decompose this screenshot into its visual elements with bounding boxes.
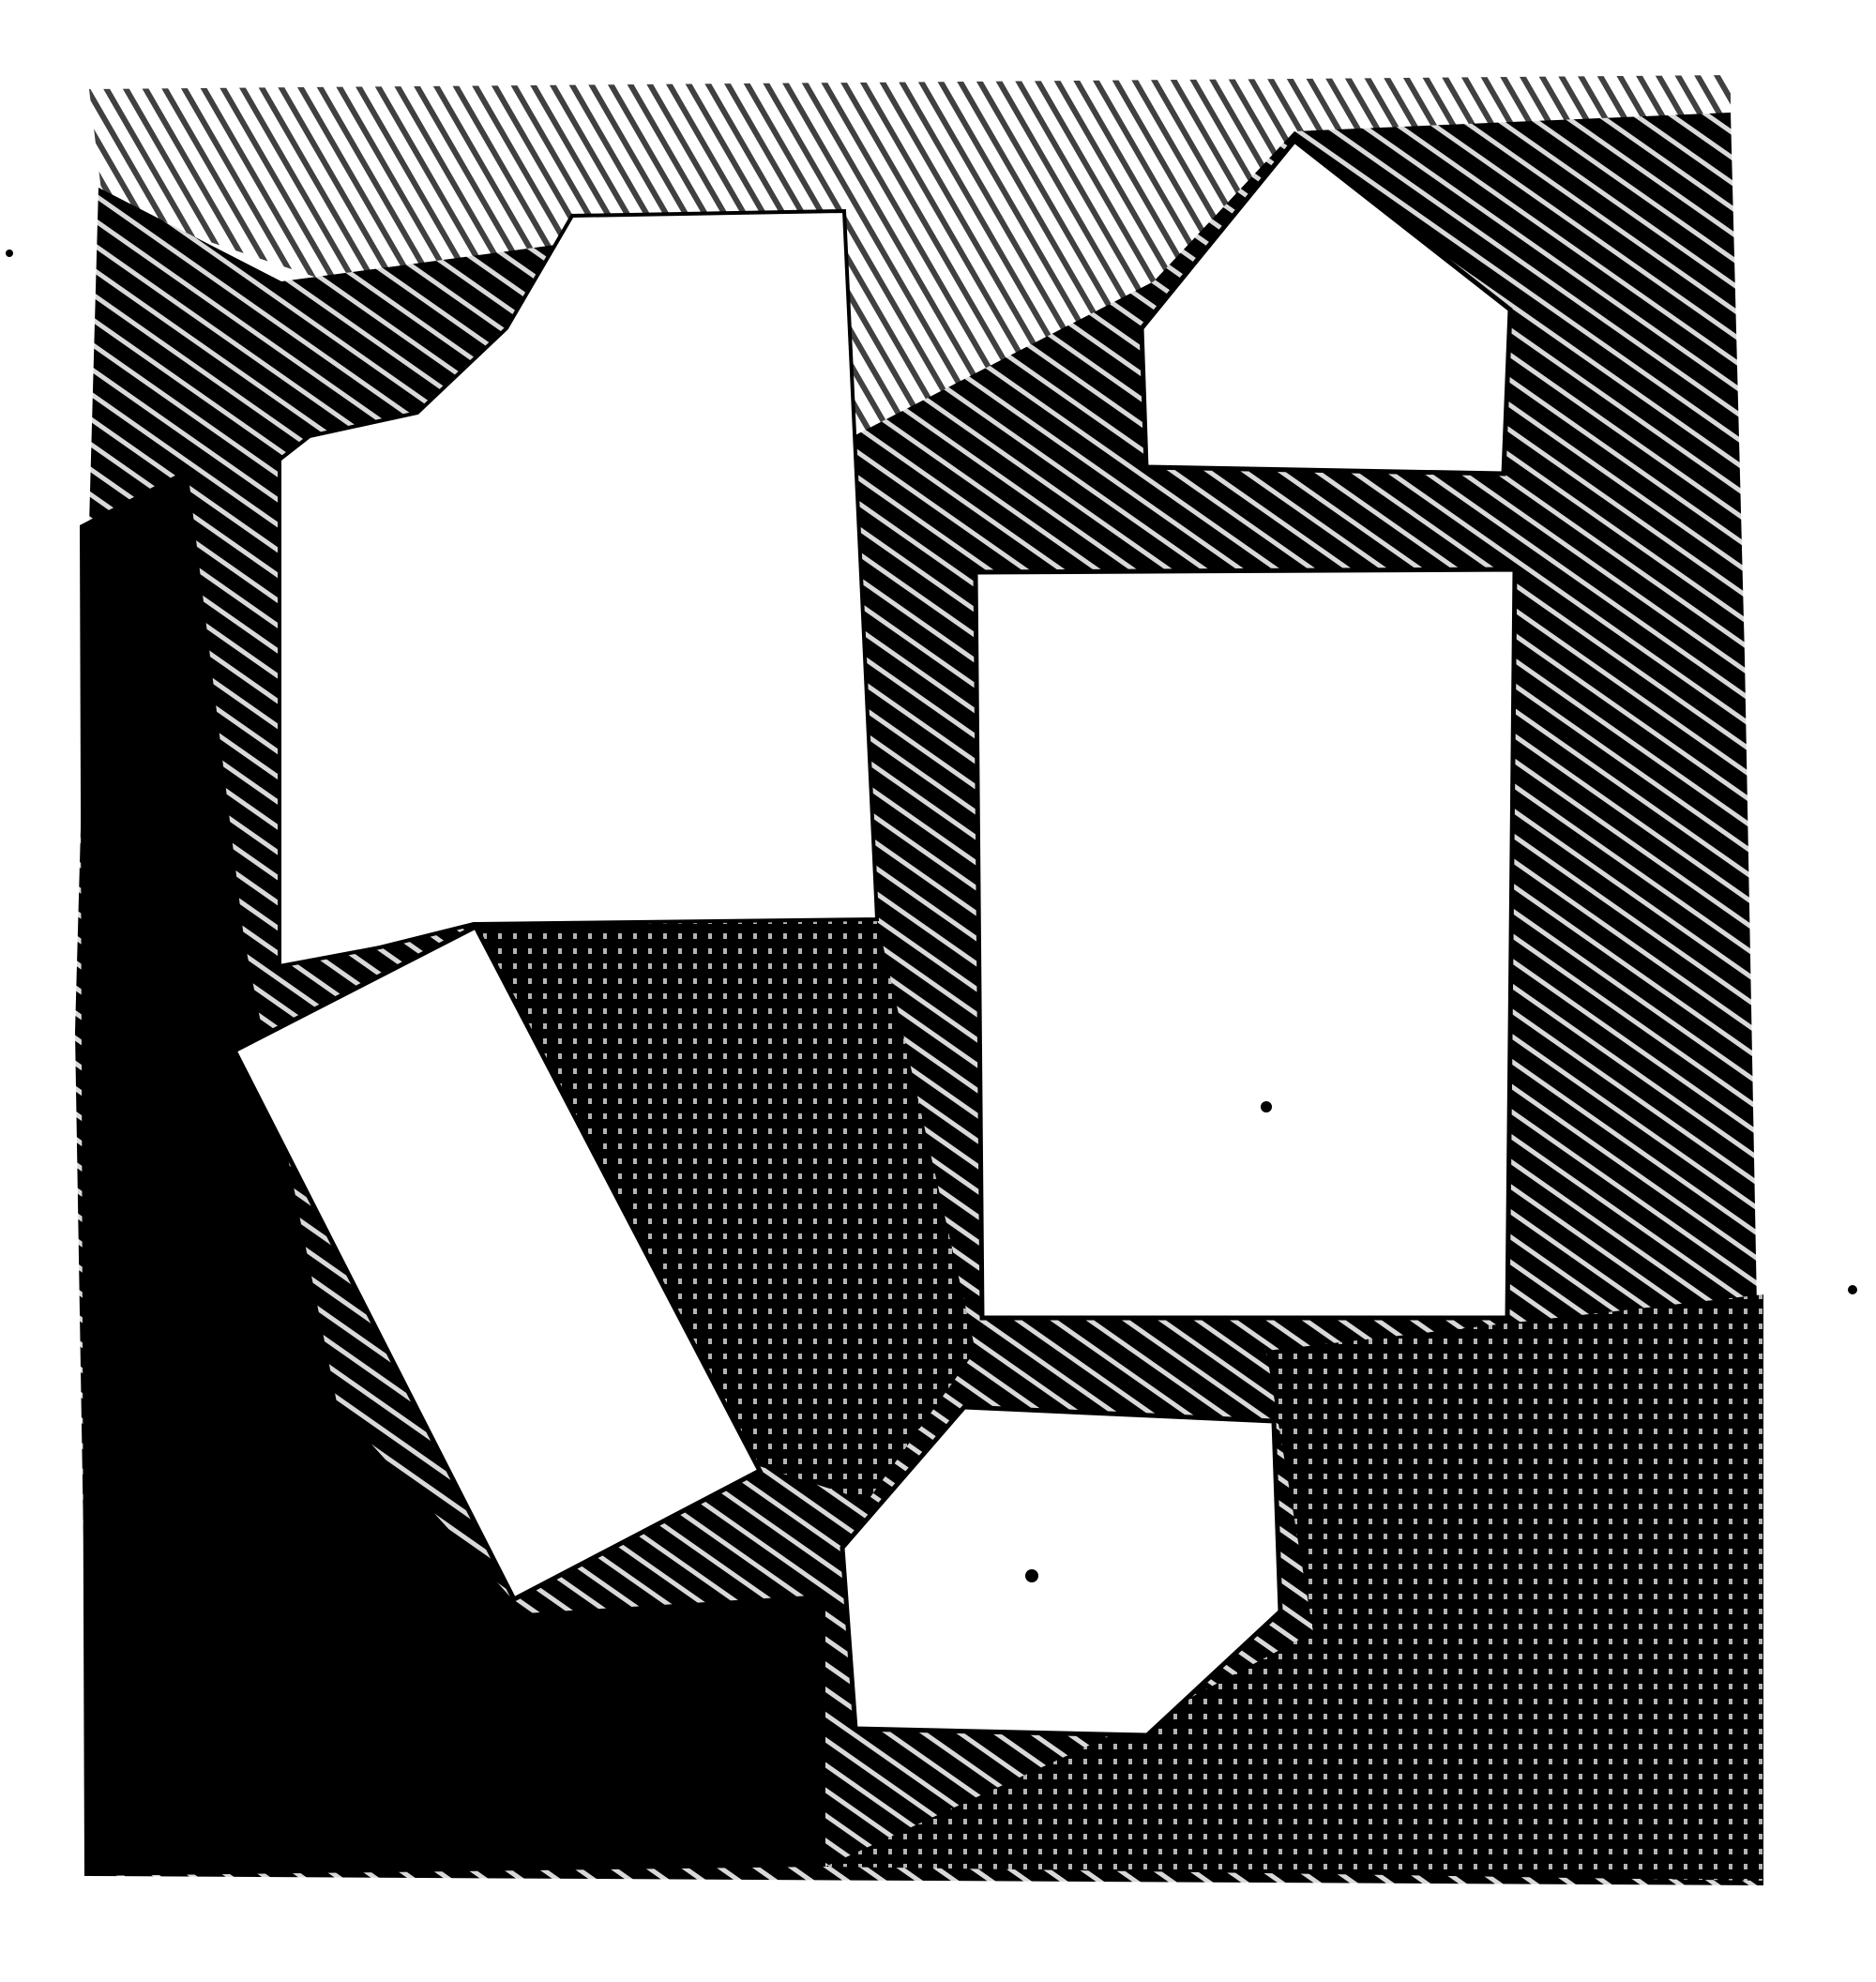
center-rectangle	[976, 569, 1515, 1318]
sketch-canvas	[0, 0, 1876, 1982]
